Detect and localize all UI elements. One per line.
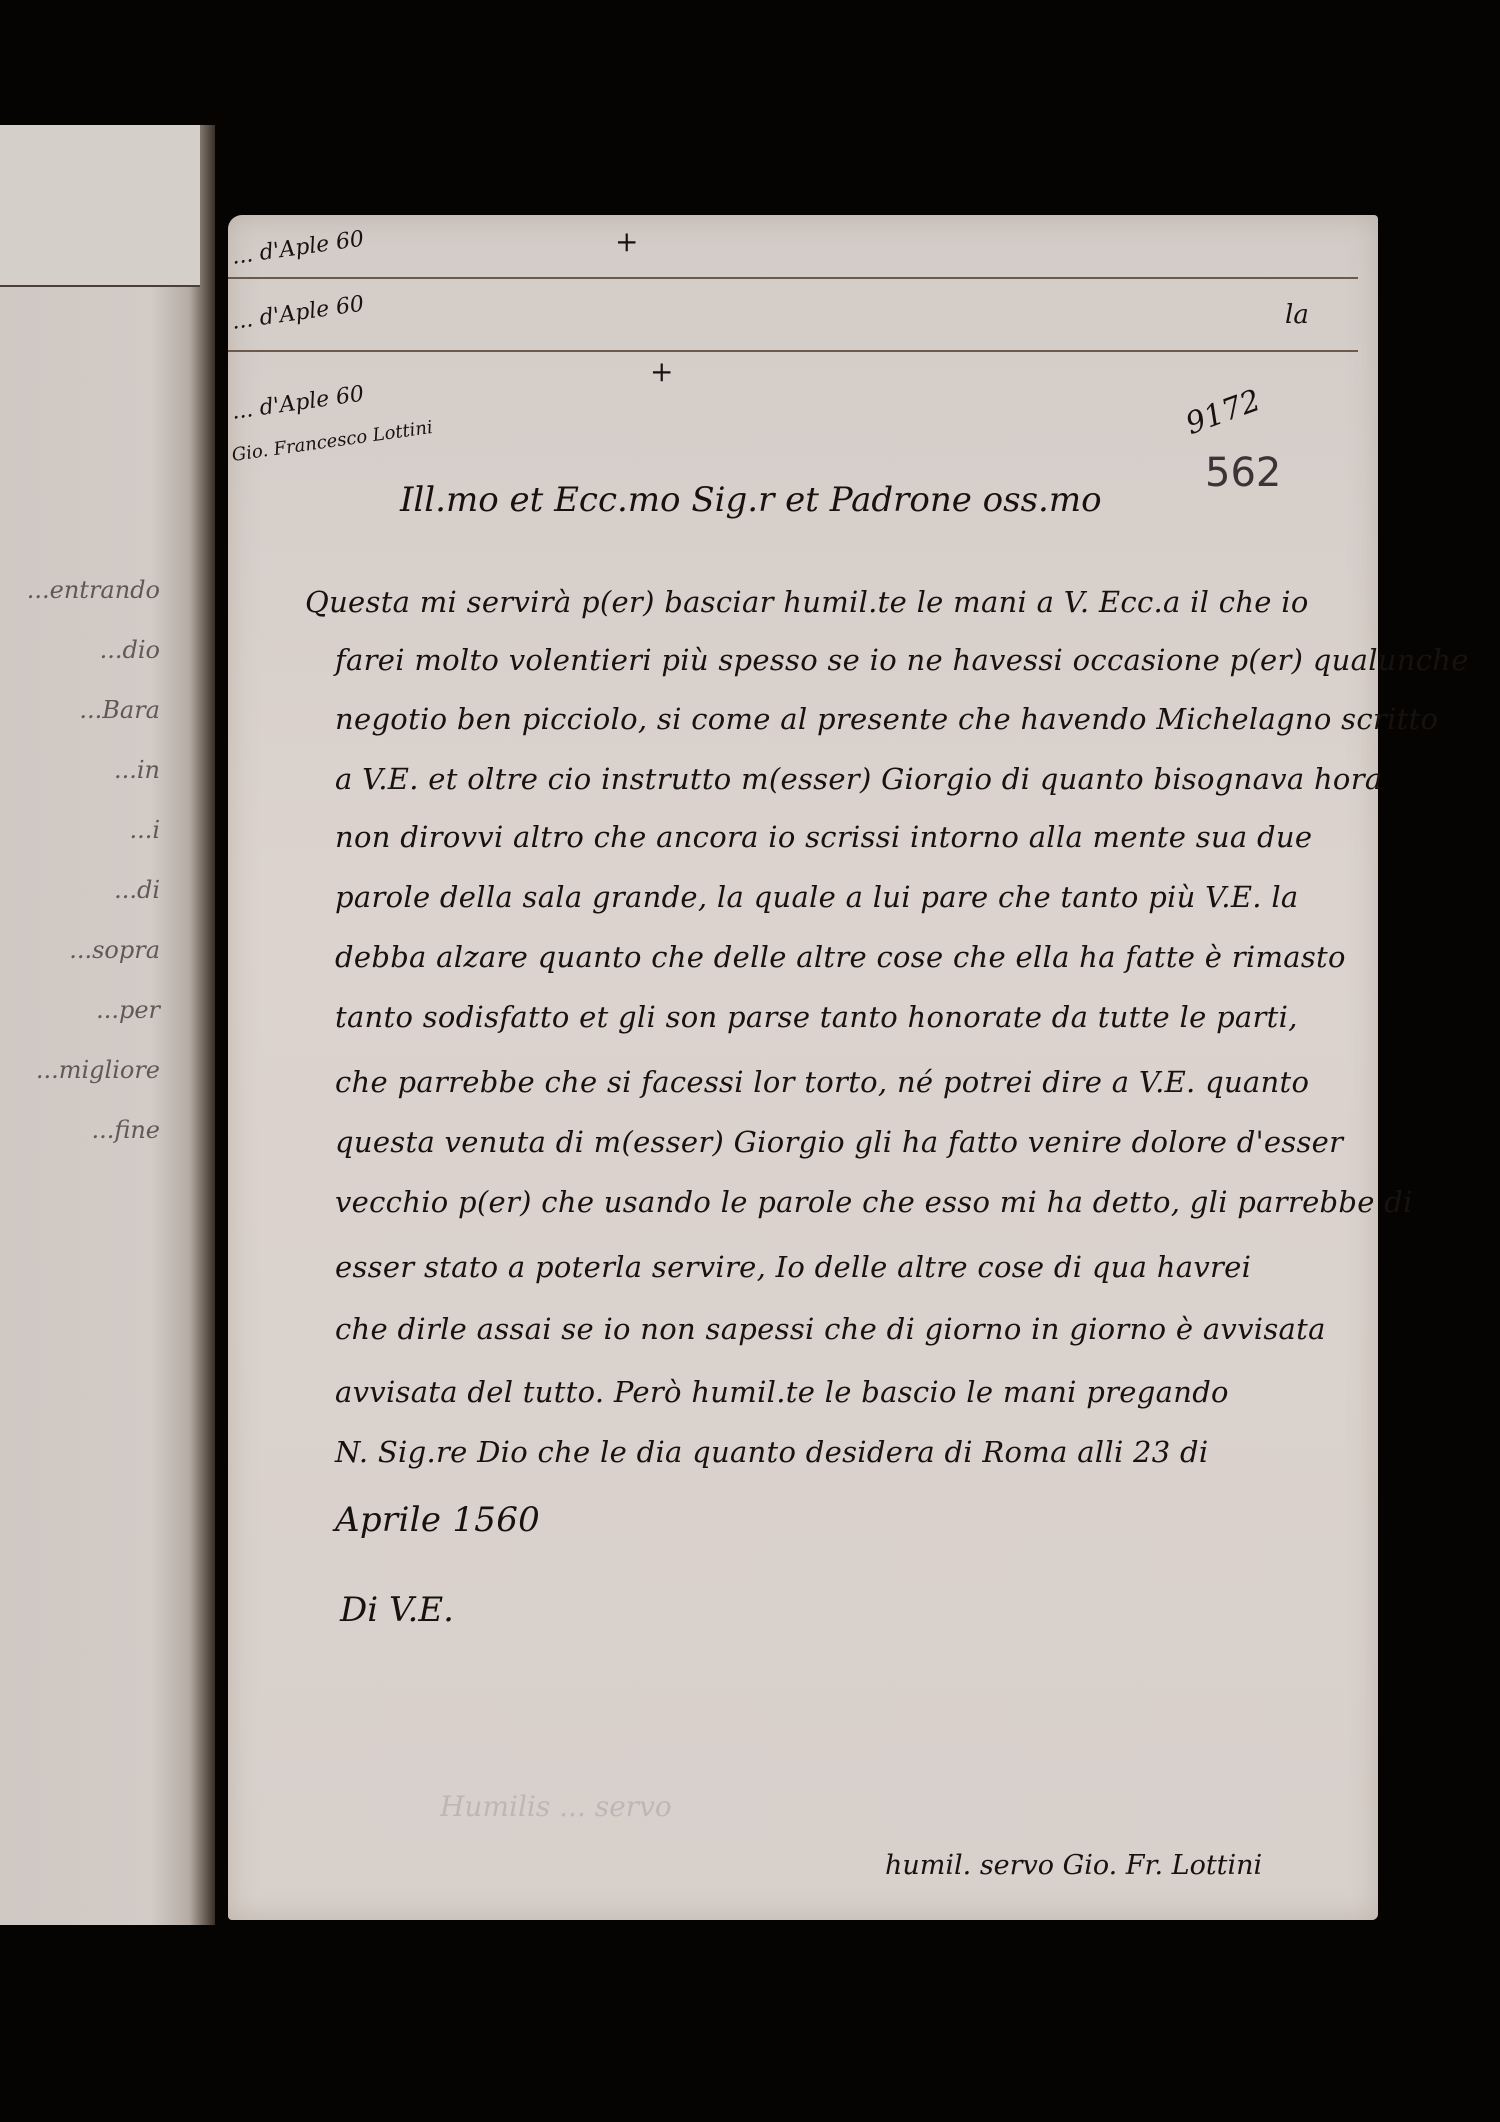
body-line: N. Sig.re Dio che le dia quanto desidera… xyxy=(335,1435,1209,1469)
body-line: parole della sala grande, la quale a lui… xyxy=(335,880,1299,914)
body-line: vecchio p(er) che usando le parole che e… xyxy=(335,1185,1413,1219)
folio-number-new: 562 xyxy=(1205,450,1281,496)
salutation: Ill.mo et Ecc.mo Sig.r et Padrone oss.mo xyxy=(400,480,1102,520)
body-line: tanto sodisfatto et gli son parse tanto … xyxy=(335,1000,1298,1034)
left-page-stacked-leaves xyxy=(0,125,200,315)
body-line: esser stato a poterla servire, Io delle … xyxy=(335,1250,1251,1284)
body-line: non dirovvi altro che ancora io scrissi … xyxy=(335,820,1312,854)
cross-mark: + xyxy=(615,225,638,258)
body-line: debba alzare quanto che delle altre cose… xyxy=(335,940,1346,974)
bleedthrough-text: Humilis ... servo xyxy=(440,1790,672,1823)
closing: Di V.E. xyxy=(340,1590,454,1630)
body-line: che parrebbe che si facessi lor torto, n… xyxy=(335,1065,1309,1099)
cross-mark: + xyxy=(650,355,673,388)
date-line: Aprile 1560 xyxy=(335,1500,540,1540)
leaf-edge-line xyxy=(228,350,1358,352)
leaf-edge-line xyxy=(228,277,1358,279)
body-line: Questa mi servirà p(er) basciar humil.te… xyxy=(305,585,1309,619)
left-page-text-fragments: ...entrando ...dio ...Bara ...in ...i ..… xyxy=(10,560,160,1160)
body-line: che dirle assai se io non sapessi che di… xyxy=(335,1312,1326,1346)
body-line: avvisata del tutto. Però humil.te le bas… xyxy=(335,1375,1229,1409)
body-line: negotio ben picciolo, si come al present… xyxy=(335,702,1438,736)
folio-mark-top: la xyxy=(1285,300,1309,330)
body-line: farei molto volentieri più spesso se io … xyxy=(335,643,1469,677)
body-line: questa venuta di m(esser) Giorgio gli ha… xyxy=(335,1125,1343,1159)
signature: humil. servo Gio. Fr. Lottini xyxy=(885,1850,1262,1881)
body-line: a V.E. et oltre cio instrutto m(esser) G… xyxy=(335,762,1382,796)
